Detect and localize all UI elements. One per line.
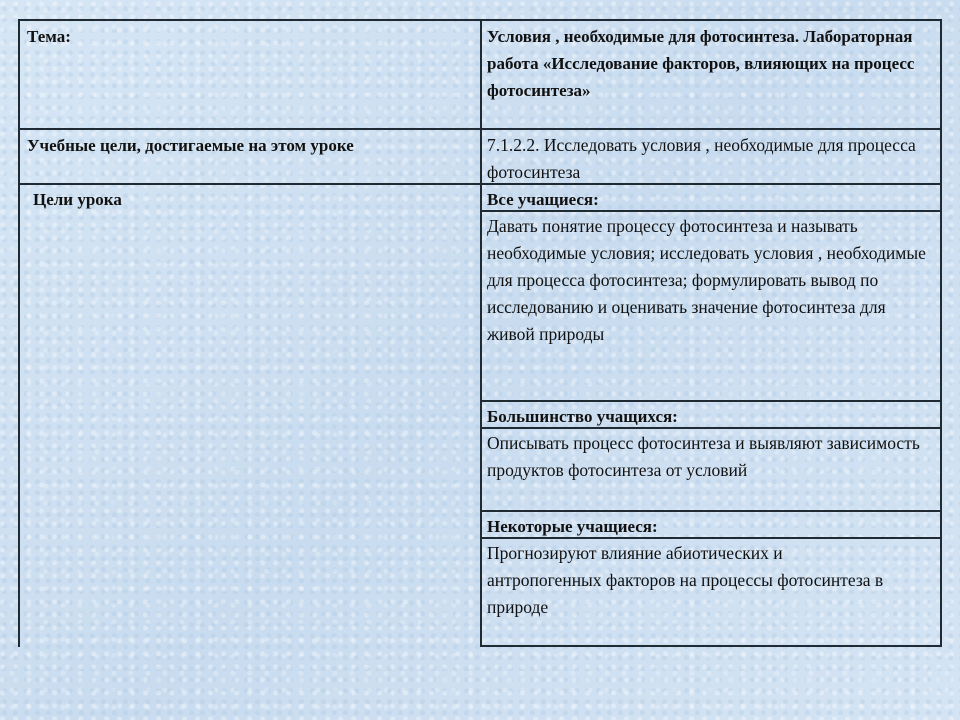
goal-group-heading-some: Некоторые учащиеся: <box>487 513 932 540</box>
goal-group-text-some: Прогнозируют влияние абиотических и антр… <box>487 540 887 621</box>
learning-objectives-value: 7.1.2.2. Исследовать условия , необходим… <box>487 132 932 186</box>
topic-label: Тема: <box>27 23 467 50</box>
table-border <box>480 510 942 512</box>
table-border <box>18 19 20 647</box>
table-border <box>480 645 942 647</box>
learning-objectives-label: Учебные цели, достигаемые на этом уроке <box>27 132 472 159</box>
table-border <box>940 19 942 647</box>
goal-group-heading-most: Большинство учащихся: <box>487 403 932 430</box>
goal-group-text-all: Давать понятие процессу фотосинтеза и на… <box>487 213 937 348</box>
table-border <box>480 400 942 402</box>
topic-value: Условия , необходимые для фотосинтеза. Л… <box>487 23 927 104</box>
goal-group-text-most: Описывать процесс фотосинтеза и выявляют… <box>487 430 932 484</box>
table-border <box>480 19 482 647</box>
goal-group-heading-all: Все учащиеся: <box>487 186 932 213</box>
lesson-goals-label: Цели урока <box>33 186 473 213</box>
